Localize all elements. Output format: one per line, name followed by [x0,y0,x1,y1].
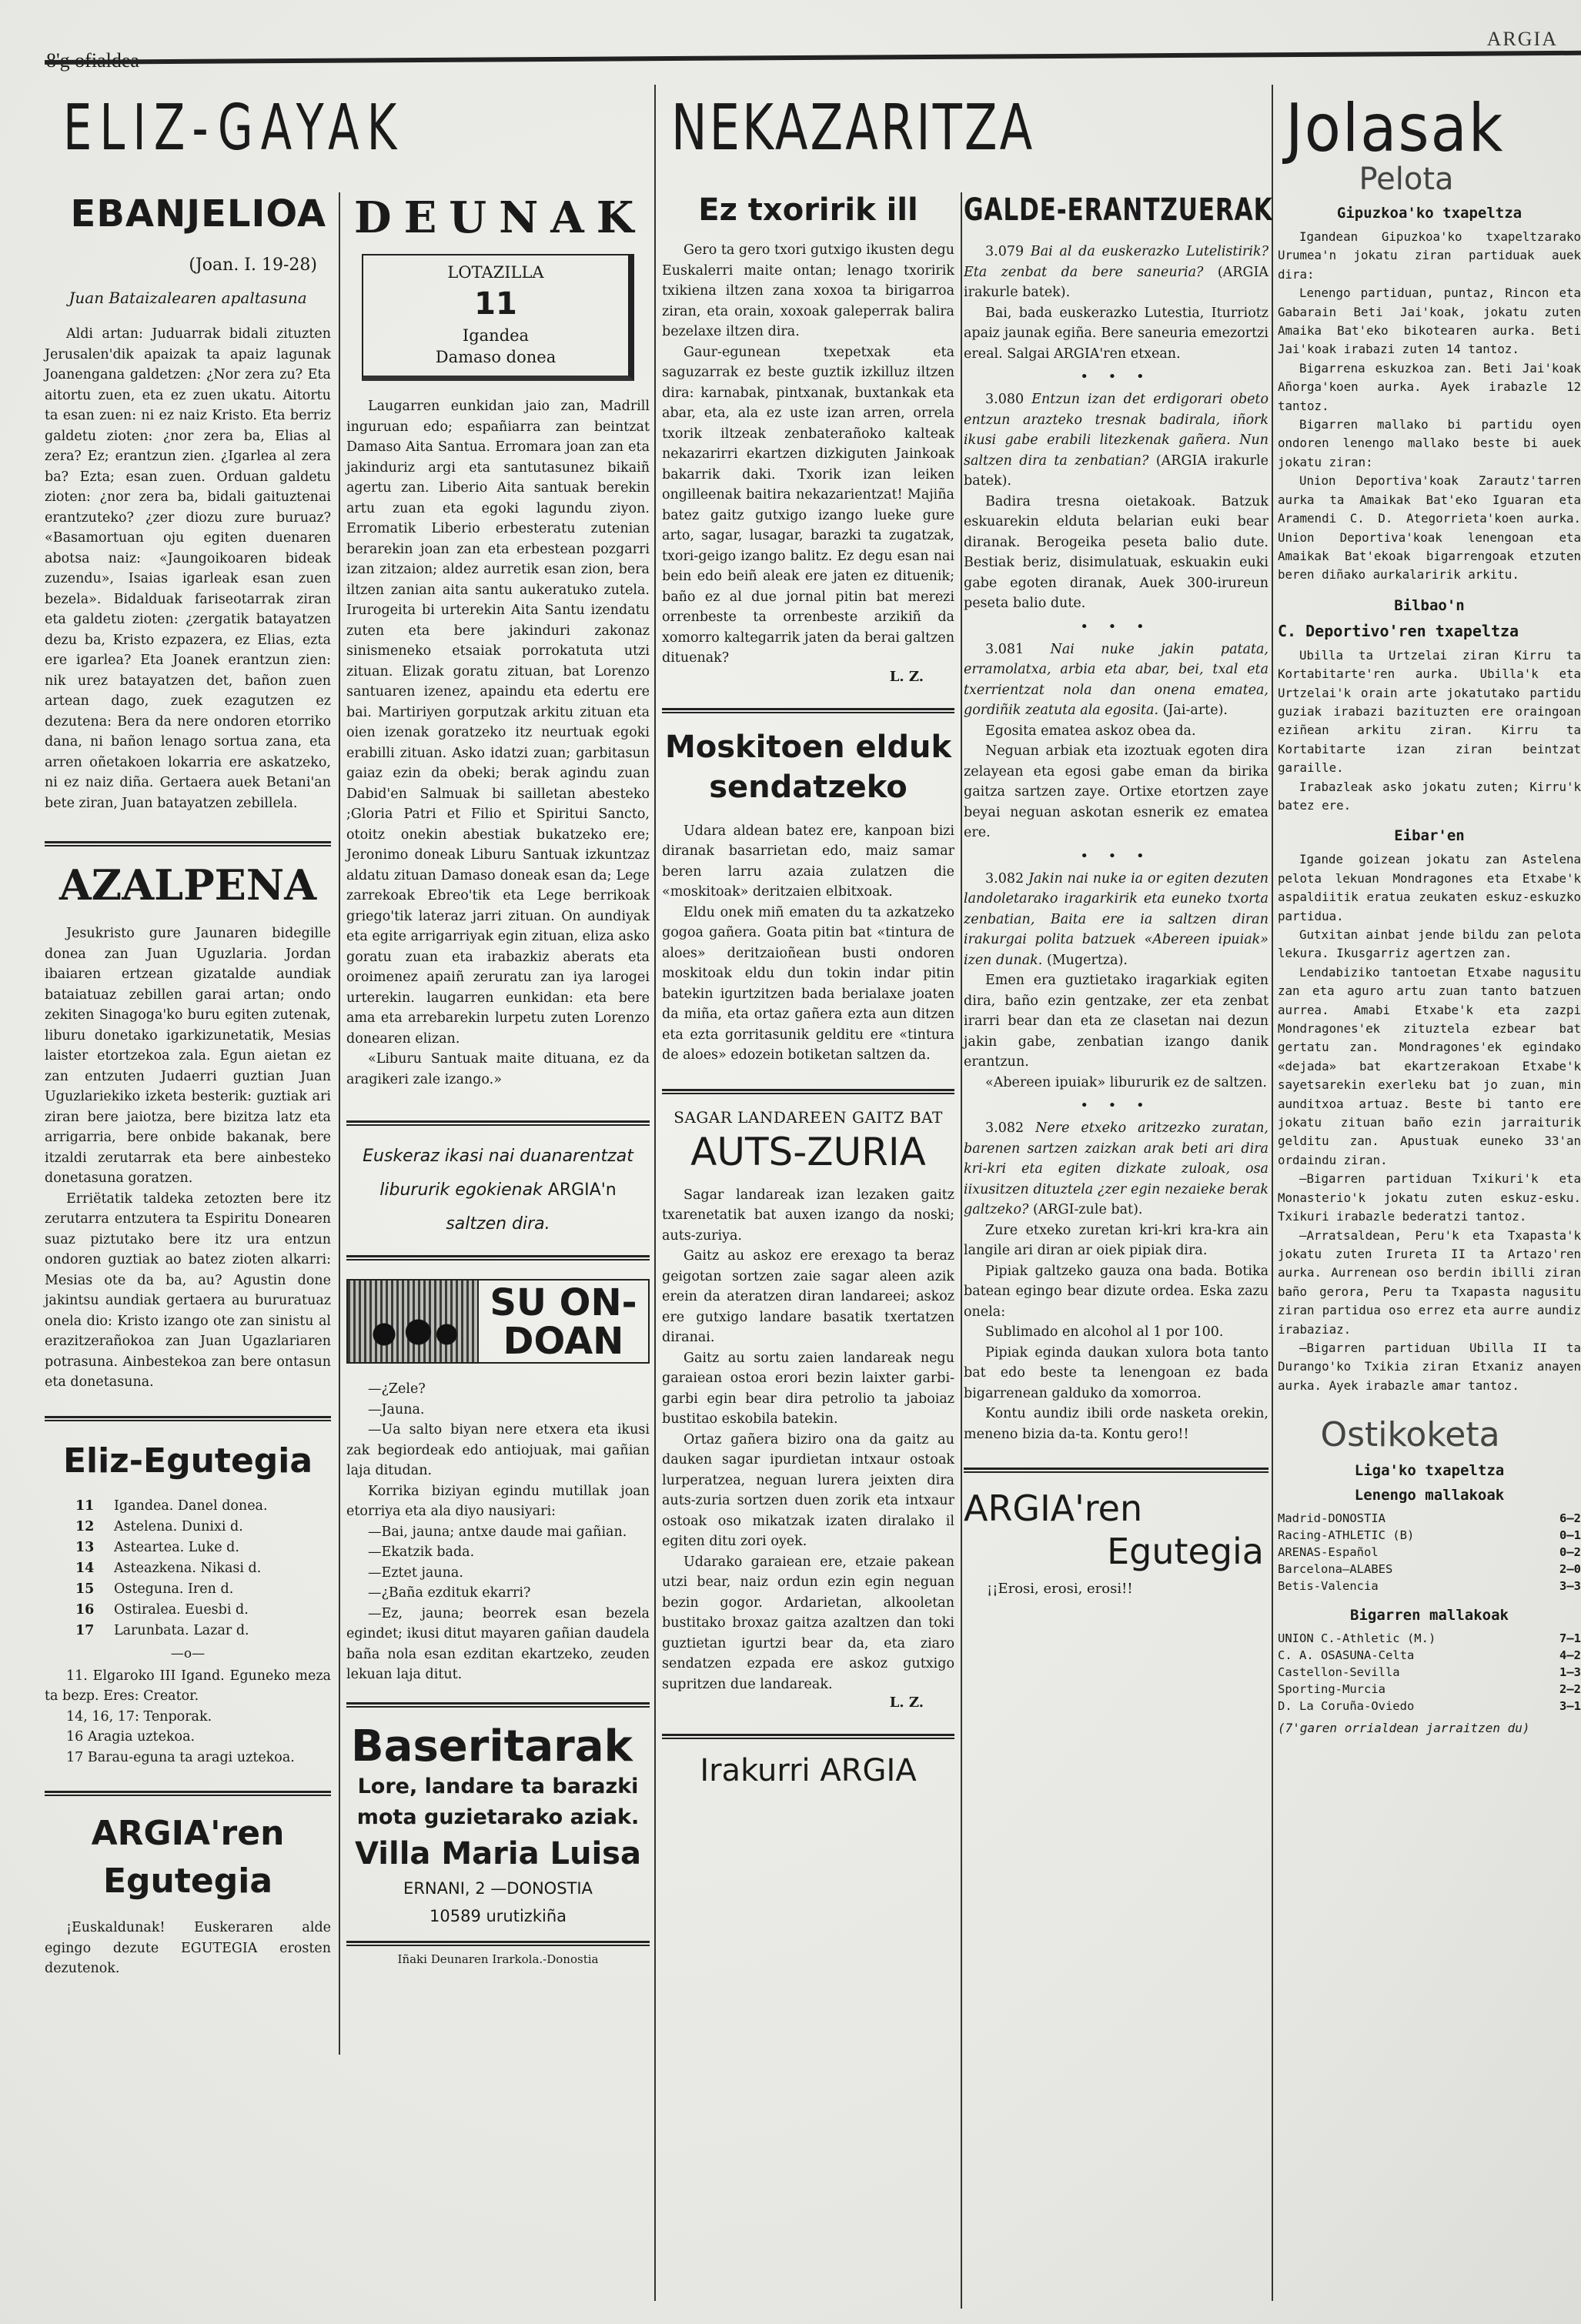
separator: • • • [964,1097,1268,1114]
subsection-heading: Bigarren mallakoak [1278,1607,1581,1624]
divider [662,1734,954,1739]
article-title: Ez txoririk ill [662,192,954,228]
separator: • • • [964,619,1268,635]
subsection-heading: Lenengo mallakoak [1278,1487,1581,1504]
article-body: Jesukristo gure Jaunaren bidegille donea… [45,923,331,1393]
table-row: Betis-Valencia3—3 [1278,1578,1581,1594]
divider [662,1089,954,1094]
divider [964,1468,1268,1473]
weekday-label: Igandea [363,326,628,345]
ad-title: ARGIA'ren Egutegia [45,1810,331,1905]
date-box: LOTAZILLA 11 Igandea Damaso donea [362,254,634,381]
column-divider [1272,85,1273,2301]
subsection-heading: Gipuzkoa'ko txapeltza [1278,205,1581,222]
ad-line: libururik egokienak ARGIA'n [346,1174,650,1207]
column-1: EBANJELIOA (Joan. I. 19-28) Juan Bataiza… [45,192,331,1979]
ad-body: ¡Euskaldunak! Euskeraren alde egingo dez… [45,1918,331,1979]
scripture-reference: (Joan. I. 19-28) [45,255,317,275]
day-number: 11 [363,286,628,322]
article-azalpena: AZALPENA Jesukristo gure Jaunaren bidegi… [45,860,331,1393]
su-ondoan-banner: SU ON- DOAN [346,1279,650,1364]
table-row: Racing-ATHLETIC (B)0—1 [1278,1527,1581,1544]
saint-name: Damaso donea [363,348,628,366]
article-kicker: SAGAR LANDAREEN GAITZ BAT [662,1108,954,1127]
article-deunak: DEUNAK LOTAZILLA 11 Igandea Damaso donea… [346,192,650,1090]
article-galde-erantzuerak: GALDE-ERANTZUERAK 3.079 Bai al da eusker… [964,192,1268,1444]
section-eliz-gayak: ELIZ-GAYAK [63,86,656,171]
table-row: ARENAS-Español0—2 [1278,1544,1581,1561]
ad-irakurri-argia: Irakurri ARGIA [662,1753,954,1788]
article-title: Moskitoen elduk sendatzeko [662,727,954,807]
ad-argia-egutegia: ARGIA'ren Egutegia ¡Euskaldunak! Euskera… [45,1810,331,1979]
article-title: DEUNAK [346,192,650,243]
article-title: SU ON- DOAN [479,1281,648,1362]
calendar-list: 11Igandea. Danel donea. 12Astelena. Duni… [45,1496,331,1641]
separator: —o— [45,1646,331,1661]
article-auts-zuria: SAGAR LANDAREEN GAITZ BAT AUTS-ZURIA Sag… [662,1108,954,1711]
article-body: —¿Zele? —Jauna. —Ua salto biyan nere etx… [346,1379,650,1685]
qa-item: 3.082 Nere etxeko aritzezko zuratan, bar… [964,1118,1268,1444]
qa-item: 3.082 Jakin nai nuke ia or egiten dezute… [964,869,1268,1094]
article-moskitoen: Moskitoen elduk sendatzeko Udara aldean … [662,727,954,1066]
table-row: C. A. OSASUNA-Celta4—2 [1278,1647,1581,1664]
column-5: Pelota Gipuzkoa'ko txapeltza Igandean Gi… [1278,162,1581,1735]
separator: • • • [964,848,1268,864]
signature: L. Z. [662,669,954,685]
table-row: Madrid-DONOSTIA6—2 [1278,1510,1581,1527]
column-divider [961,192,962,2309]
subsection-heading: C. Deportivo'ren txapeltza [1278,622,1581,640]
results-table-first-division: Madrid-DONOSTIA6—2 Racing-ATHLETIC (B)0—… [1278,1510,1581,1594]
article-body: Laugarren eunkidan jaio zan, Madrill ing… [346,396,650,1090]
month-label: LOTAZILLA [363,263,628,282]
table-row: Sporting-Murcia2—2 [1278,1681,1581,1698]
calendar-entry: 15Osteguna. Iren d. [75,1579,331,1600]
publication-name: ARGIA [1487,28,1558,51]
ad-baseritarak: Baseritarak Lore, landare ta barazki mot… [346,1721,650,1930]
article-pelota: Pelota Gipuzkoa'ko txapeltza Igandean Gi… [1278,162,1581,1395]
column-4: GALDE-ERANTZUERAK 3.079 Bai al da eusker… [964,192,1268,1597]
section-jolasak: Jolasak [1285,86,1581,171]
printer-credit: Iñaki Deunaren Irarkola.-Donostia [346,1952,650,1966]
article-body: Sagar landareak izan lezaken gaitz txare… [662,1185,954,1695]
table-row: Castellon-Sevilla1—3 [1278,1664,1581,1681]
ad-title: Egutegia [964,1530,1268,1573]
separator: • • • [964,369,1268,385]
article-ebanjelioa: EBANJELIOA (Joan. I. 19-28) Juan Bataiza… [45,192,331,813]
calendar-notes: 11. Elgaroko III Igand. Eguneko meza ta … [45,1666,331,1768]
article-body: Ubilla ta Urtzelai ziran Kirru ta Kortab… [1278,646,1581,816]
ad-line: mota guzietarako aziak. [346,1802,650,1833]
divider [45,841,331,846]
article-title: GALDE-ERANTZUERAK [964,192,1202,228]
divider [346,1255,650,1261]
calendar-entry: 12Astelena. Dunixi d. [75,1517,331,1538]
section-title: ELIZ-GAYAK [63,86,490,171]
ad-euskeraz: Euskeraz ikasi nai duanarentzat libururi… [346,1140,650,1241]
article-subtitle: Juan Bataizalearen apaltasuna [45,289,331,307]
table-row: UNION C.-Athletic (M.)7—1 [1278,1630,1581,1647]
article-title: AUTS-ZURIA [662,1130,954,1174]
column-3: Ez txoririk ill Gero ta gero txori gutxi… [662,192,954,1788]
ad-line: Euskeraz ikasi nai duanarentzat [346,1140,650,1174]
ad-business-name: Villa Maria Luisa [346,1833,650,1875]
divider [346,1120,650,1126]
qa-item: 3.081 Nai nuke jakin patata, erramolatxa… [964,639,1268,843]
calendar-entry: 13Asteartea. Luke d. [75,1538,331,1558]
qa-item: 3.079 Bai al da euskerazko Lutelistirik?… [964,242,1268,364]
calendar-entry: 14Asteazkena. Nikasi d. [75,1558,331,1579]
table-row: D. La Coruña-Oviedo3—1 [1278,1698,1581,1715]
continued-note: (7'garen orrialdean jarraitzen du) [1278,1721,1581,1735]
article-body: Udara aldean batez ere, kanpoan bizi dir… [662,821,954,1066]
ad-argia-egutegia-right: ARGIA'ren Egutegia ¡¡Erosi, erosi, erosi… [964,1487,1268,1597]
divider [346,1702,650,1708]
table-row: Barcelona—ALABES2—0 [1278,1561,1581,1578]
ad-phone: 10589 urutizkiña [346,1902,650,1930]
ad-address: ERNANI, 2 —DONOSTIA [346,1875,650,1902]
subsection-heading: Eibar'en [1278,827,1581,844]
article-body: Aldi artan: Juduarrak bidali zituzten Je… [45,324,331,813]
article-body: Igandean Gipuzkoa'ko txapeltzarako Urume… [1278,228,1581,585]
section-title: NEKAZARITZA [671,86,1121,171]
column-divider [654,85,656,2301]
divider [45,1416,331,1421]
calendar-entry: 16Ostiralea. Euesbi d. [75,1600,331,1621]
qa-item: 3.080 Entzun izan det erdigorari obeto e… [964,389,1268,614]
article-eliz-egutegia: Eliz-Egutegia 11Igandea. Danel donea. 12… [45,1441,331,1768]
ad-tagline: ¡¡Erosi, erosi, erosi!! [987,1581,1268,1597]
ad-title: Baseritarak [346,1721,650,1771]
article-title: Pelota [1278,162,1581,197]
calendar-entry: 17Larunbata. Lazar d. [75,1621,331,1641]
article-title: Eliz-Egutegia [45,1441,331,1481]
article-su-ondoan: SU ON- DOAN —¿Zele? —Jauna. —Ua salto bi… [346,1279,650,1685]
section-nekazaritza: NEKAZARITZA [671,86,1264,171]
section-title: Jolasak [1285,86,1552,171]
subsection-heading: Liga'ko txapeltza [1278,1462,1581,1479]
article-title: EBANJELIOA [45,192,331,235]
calendar-entry: 11Igandea. Danel donea. [75,1496,331,1517]
divider [45,1791,331,1796]
divider [662,708,954,713]
article-ez-txoririk: Ez txoririk ill Gero ta gero txori gutxi… [662,192,954,685]
subsection-heading: Bilbao'n [1278,597,1581,614]
article-title: Ostikoketa [1278,1415,1581,1454]
ad-line: Lore, landare ta barazki [346,1771,650,1802]
newspaper-page: 8'g ofialdea ARGIA ELIZ-GAYAK NEKAZARITZ… [0,0,1581,2324]
signature: L. Z. [662,1695,954,1711]
ad-title: ARGIA'ren [964,1487,1268,1530]
article-title: AZALPENA [45,860,331,910]
ad-line: saltzen dira. [346,1207,650,1241]
column-2: DEUNAK LOTAZILLA 11 Igandea Damaso donea… [346,192,650,1966]
fireside-illustration [348,1281,479,1362]
article-body: Igande goizean jokatu zan Astelena pelot… [1278,850,1581,1395]
divider [346,1941,650,1946]
article-body: Gero ta gero txori gutxigo ikusten degu … [662,240,954,669]
column-divider [339,192,340,2055]
article-ostikoketa: Ostikoketa Liga'ko txapeltza Lenengo mal… [1278,1415,1581,1735]
results-table-second-division: UNION C.-Athletic (M.)7—1 C. A. OSASUNA-… [1278,1630,1581,1715]
